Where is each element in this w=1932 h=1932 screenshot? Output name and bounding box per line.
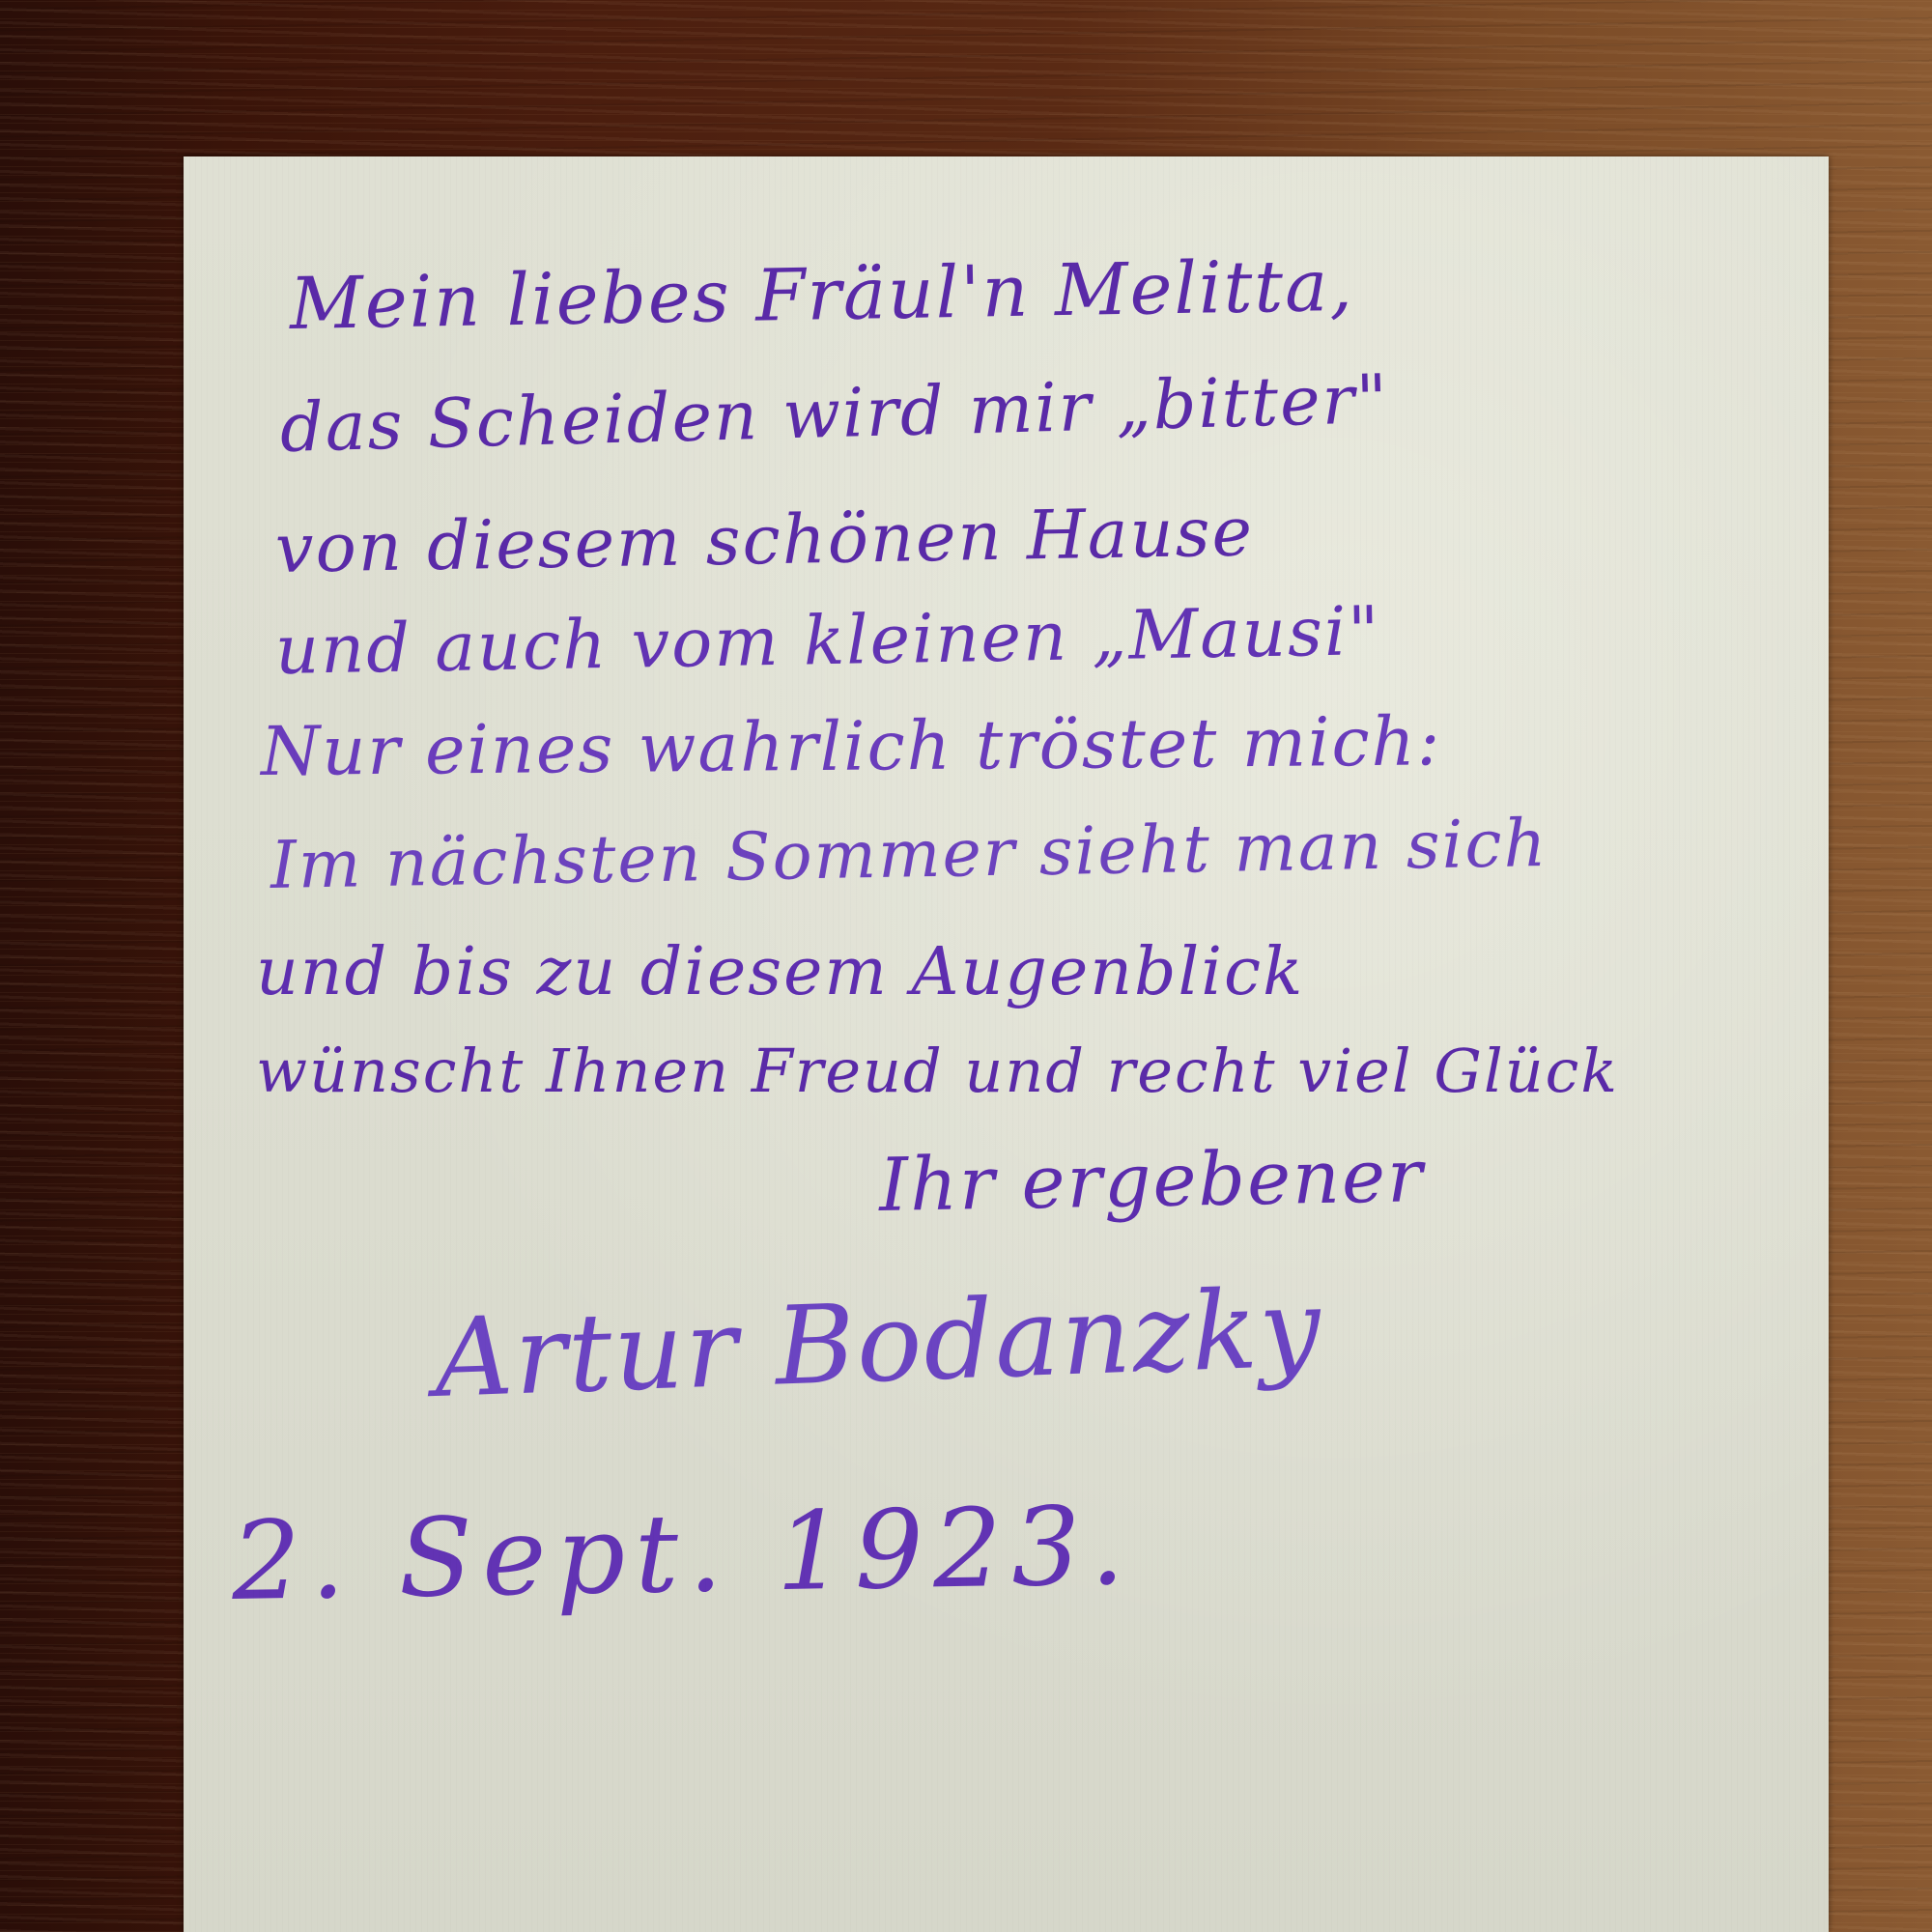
body-line-7: wünscht Ihnen Freud und recht viel Glück	[256, 1036, 1619, 1106]
closing: Ihr ergebener	[878, 1132, 1425, 1228]
body-line-2: von diesem schönen Hause	[274, 492, 1254, 588]
date: 2. Sept. 1923.	[231, 1484, 1135, 1625]
letter-sheet: Mein liebes Fräul'n Melitta, das Scheide…	[184, 156, 1829, 1932]
body-line-1: das Scheiden wird mir „bitter"	[279, 359, 1390, 468]
body-line-3: und auch vom kleinen „Mausi"	[274, 591, 1381, 690]
body-line-6: und bis zu diesem Augenblick	[256, 934, 1304, 1010]
salutation: Mein liebes Fräul'n Melitta,	[289, 244, 1354, 346]
signature: Artur Bodanzky	[433, 1265, 1324, 1422]
body-line-5: Im nächsten Sommer sieht man sich	[270, 806, 1548, 904]
body-line-4: Nur eines wahrlich tröstet mich:	[261, 701, 1442, 791]
